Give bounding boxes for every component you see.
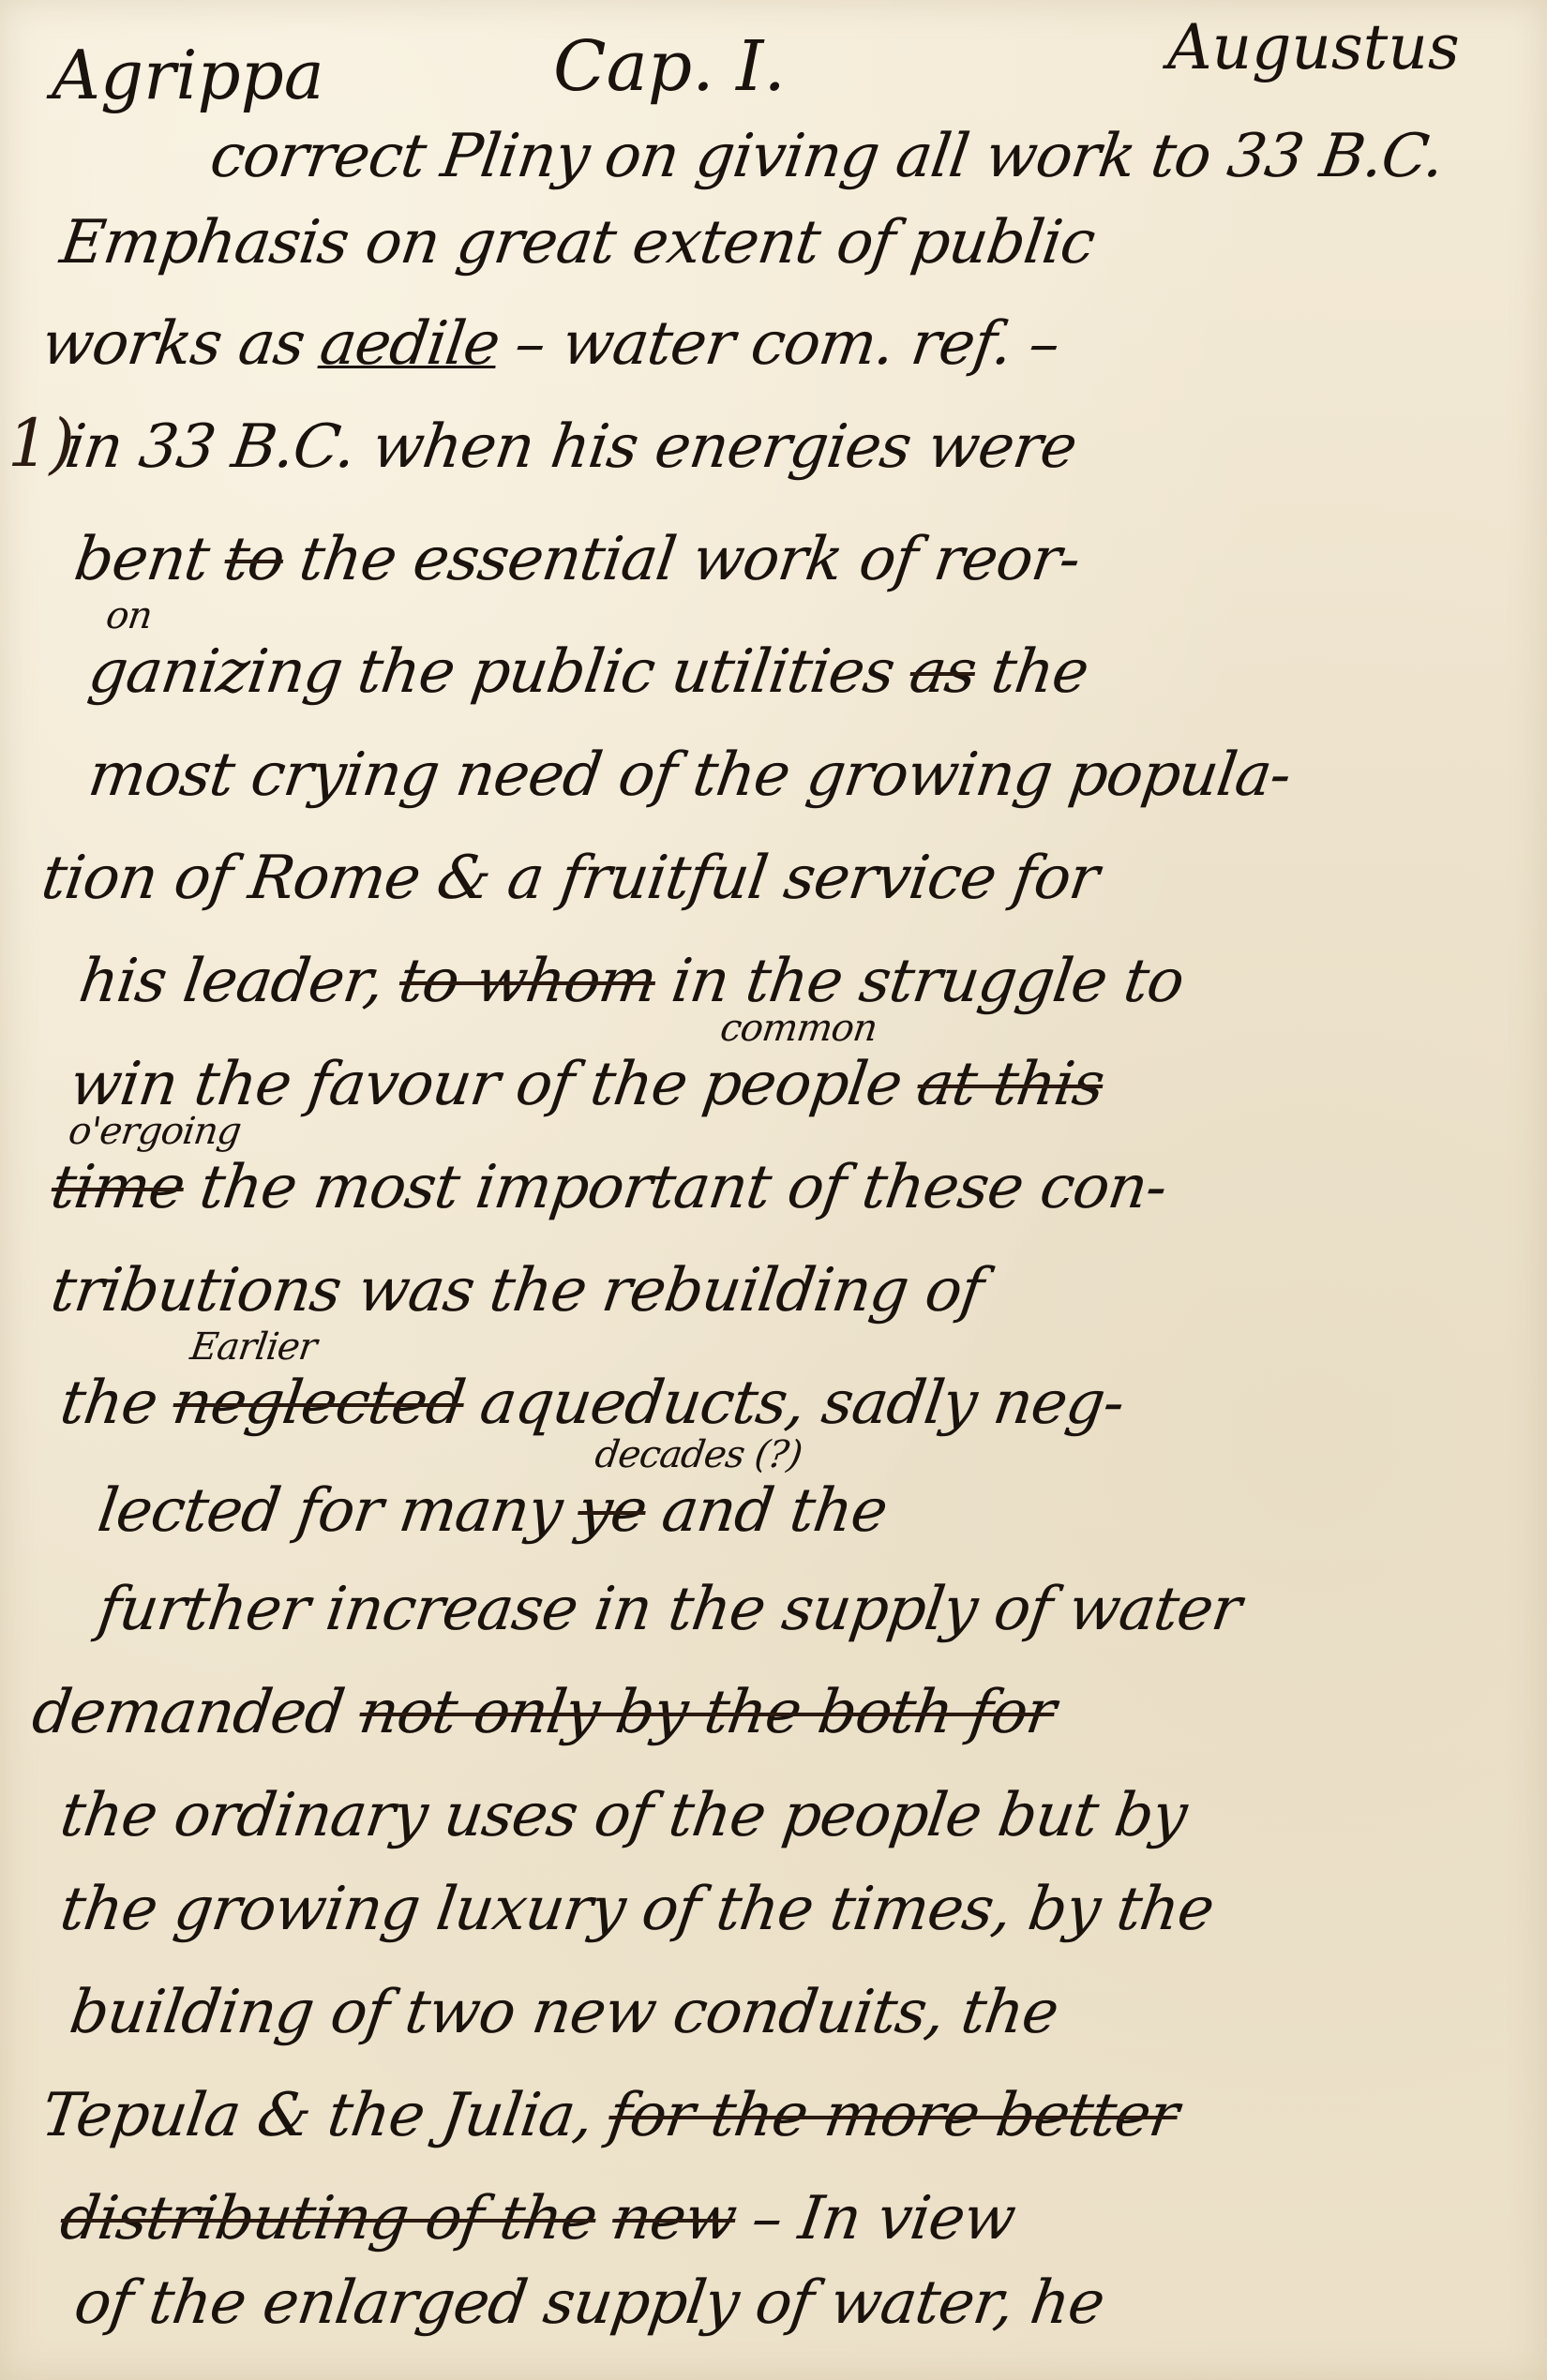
- line-text: building of two new conduits, the: [66, 1978, 1062, 2047]
- interlinear-insertion: Earlier: [188, 1325, 319, 1369]
- manuscript-line: the ordinary uses of the people but by: [56, 1781, 1208, 1850]
- line-text: in the struggle to: [668, 947, 1188, 1016]
- line-text: ganizingon: [84, 637, 347, 707]
- line-text: correct: [206, 122, 429, 191]
- header-center-chapter: Cap. I.: [553, 26, 786, 107]
- manuscript-line: works asaedile– water com. ref. –: [38, 309, 1080, 379]
- manuscript-line: distributing of thenew– In view: [56, 2184, 1036, 2253]
- line-text: the: [486, 1256, 591, 1325]
- struck-text: for the more better: [605, 2081, 1182, 2150]
- line-text: of the enlarged supply of water, he: [70, 2268, 1108, 2338]
- line-text: his leader,: [75, 947, 388, 1016]
- manuscript-line: tributions wastherebuilding of: [47, 1256, 1004, 1325]
- line-text: Pliny: [437, 122, 593, 191]
- manuscript-line: building of two new conduits, the: [66, 1978, 1079, 2047]
- line-text: the essential work of reor-: [295, 525, 1084, 594]
- line-text: win the favour of the: [66, 1050, 691, 1119]
- manuscript-line: correctPlinyon giving all workto 33 B.C.: [206, 122, 1464, 191]
- manuscript-line: benttothe essential work of reor-: [70, 525, 1101, 594]
- manuscript-line: lected for manyyedecades (?)and the: [94, 1476, 908, 1546]
- manuscript-line: ganizingonthe public utilitiesasthe: [84, 637, 1109, 707]
- manuscript-line: theneglectedEarlieraqueducts, sadly neg-: [56, 1369, 1145, 1438]
- manuscript-line: his leader,to whomin the struggle to: [75, 947, 1205, 1016]
- line-text: the most important of these con-: [196, 1153, 1171, 1222]
- line-text: works as: [38, 309, 308, 379]
- header-right-augustus: Augustus: [1167, 11, 1460, 83]
- manuscript-line: tion of Rome & a fruitful service for: [38, 844, 1119, 913]
- line-text: aedile: [316, 309, 503, 379]
- manuscript-line: Tepula & the Julia,for the more better: [38, 2081, 1199, 2150]
- manuscript-line: in 33 B.C. when his energies were: [61, 412, 1097, 482]
- interlinear-insertion: decades (?): [593, 1433, 804, 1476]
- line-text: – water com. ref. –: [511, 309, 1064, 379]
- struck-text: timeo'ergoing: [47, 1153, 188, 1222]
- line-text: on giving all work: [600, 122, 1139, 191]
- struck-text: as: [906, 637, 980, 707]
- interlinear-insertion: on: [103, 594, 154, 637]
- line-text: tributions was: [47, 1256, 478, 1325]
- manuscript-page: Agrippa Cap. I. Augustus 1) correctPliny…: [0, 0, 1547, 2380]
- line-text: Tepula & the Julia,: [38, 2081, 597, 2150]
- struck-text: yedecades (?): [573, 1476, 650, 1546]
- line-text: the growing luxury of the times, by the: [56, 1875, 1218, 1944]
- line-text: Emphasis on great extent of public: [56, 208, 1099, 277]
- line-text: most crying need of the growing popula-: [84, 741, 1295, 810]
- line-text: further increase in the supply of water: [94, 1575, 1245, 1644]
- line-text: – In view: [747, 2184, 1019, 2253]
- struck-text: to: [220, 525, 289, 594]
- line-text: tion of Rome & a fruitful service for: [38, 844, 1103, 913]
- line-text: peoplecommon: [698, 1050, 906, 1119]
- manuscript-line: most crying need of the growing popula-: [84, 741, 1312, 810]
- struck-text: to whom: [395, 947, 660, 1016]
- line-text: in 33 B.C. when his energies were: [61, 412, 1080, 482]
- line-text: bent: [70, 525, 213, 594]
- struck-text: neglectedEarlier: [169, 1369, 469, 1438]
- interlinear-insertion: common: [717, 1007, 879, 1050]
- interlinear-insertion: o'ergoing: [66, 1110, 243, 1153]
- manuscript-line: win the favour of thepeoplecommonat this: [66, 1050, 1125, 1119]
- line-text: to 33 B.C.: [1147, 122, 1448, 191]
- manuscript-line: Emphasis on great extent of public: [56, 208, 1116, 277]
- line-text: lected for many: [94, 1476, 566, 1546]
- struck-text: not only by the both for: [355, 1678, 1059, 1747]
- struck-text: distributing of the: [56, 2184, 601, 2253]
- manuscript-line: further increase in the supply of water: [94, 1575, 1262, 1644]
- line-text: the ordinary uses of the people but by: [56, 1781, 1191, 1850]
- manuscript-line: demandednot only by the both for: [28, 1678, 1076, 1747]
- line-text: the: [987, 637, 1092, 707]
- manuscript-line: timeo'ergoingthe most important of these…: [47, 1153, 1187, 1222]
- header-left-agrippa: Agrippa: [52, 36, 324, 114]
- line-text: aqueducts, sadly neg-: [476, 1369, 1129, 1438]
- line-text: and the: [658, 1476, 892, 1546]
- struck-text: at this: [913, 1050, 1108, 1119]
- struck-text: new: [608, 2184, 740, 2253]
- manuscript-line: the growing luxury of the times, by the: [56, 1875, 1235, 1944]
- line-text: rebuilding of: [598, 1256, 987, 1325]
- manuscript-line: of the enlarged supply of water, he: [70, 2268, 1125, 2338]
- line-text: demanded: [28, 1678, 348, 1747]
- line-text: the: [56, 1369, 161, 1438]
- line-text: the public utilities: [353, 637, 898, 707]
